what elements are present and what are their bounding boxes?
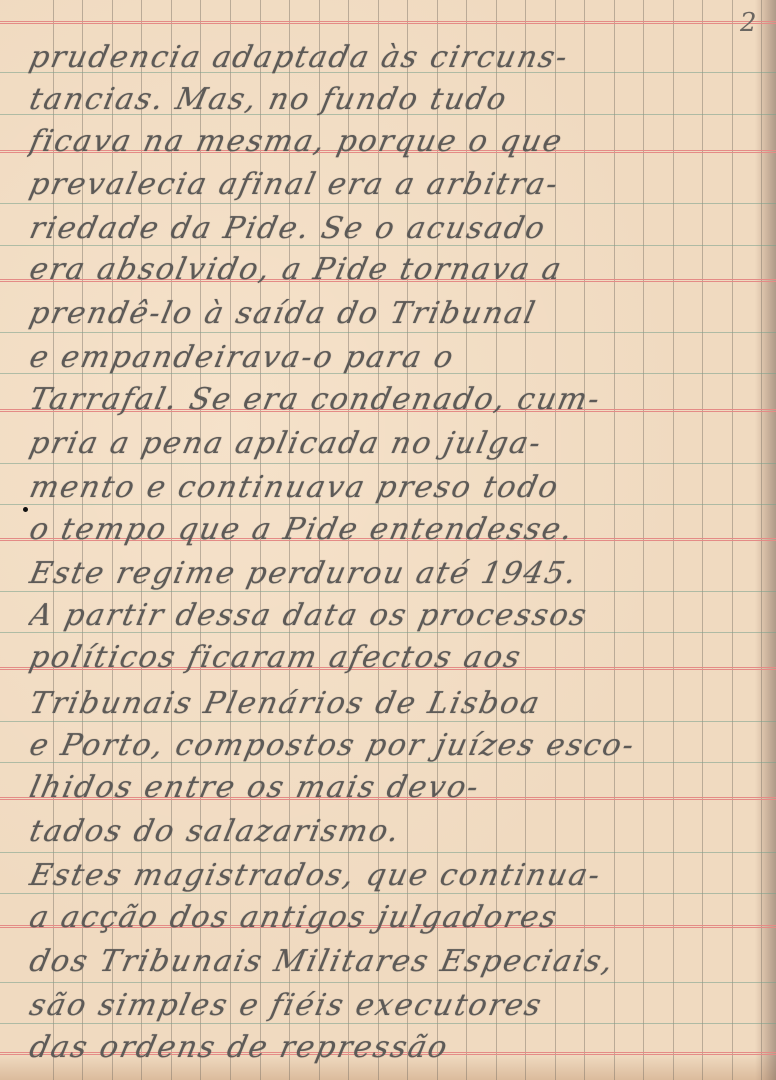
text-line: políticos ficaram afectos aos [26,640,774,676]
text-line: riedade da Pide. Se o acusado [26,211,774,247]
text-line: Tarrafal. Se era condenado, cum- [26,382,774,418]
green-rule [0,852,776,853]
notebook-page: 2 prudencia adaptada às circuns- tancias… [0,0,776,1080]
page-number: 2 [740,8,757,38]
text-line: dos Tribunais Militares Especiais, [26,944,774,980]
text-line: Estes magistrados, que continua- [26,858,774,894]
text-line: tancias. Mas, no fundo tudo [26,82,774,118]
text-line: A partir dessa data os processos [26,598,774,634]
text-line: prudencia adaptada às circuns- [26,40,774,76]
green-rule [0,203,776,204]
text-line: tados do salazarismo. [26,814,774,850]
text-line: a acção dos antigos julgadores [26,900,774,936]
red-rule [0,21,776,24]
text-line: prendê-lo à saída do Tribunal [26,296,774,332]
text-line: ficava na mesma, porque o que [26,124,774,160]
text-line: pria a pena aplicada no julga- [26,426,774,462]
text-line: são simples e fiéis executores [26,988,774,1024]
text-line: das ordens de repressão [26,1030,774,1066]
green-rule [0,463,776,464]
text-line: mento e continuava preso todo [26,470,774,506]
ink-dot [23,507,28,512]
green-rule [0,982,776,983]
text-line: Tribunais Plenários de Lisboa [26,686,774,722]
text-line: Este regime perdurou até 1945. [26,556,774,592]
text-line: prevalecia afinal era a arbitra- [26,167,774,203]
green-rule [0,332,776,333]
text-line: era absolvido, a Pide tornava a [26,252,774,288]
text-line: o tempo que a Pide entendesse. [26,512,774,548]
text-line: lhidos entre os mais devo- [26,770,774,806]
text-line: e Porto, compostos por juízes esco- [26,728,774,764]
text-line: e empandeirava-o para o [26,340,774,376]
